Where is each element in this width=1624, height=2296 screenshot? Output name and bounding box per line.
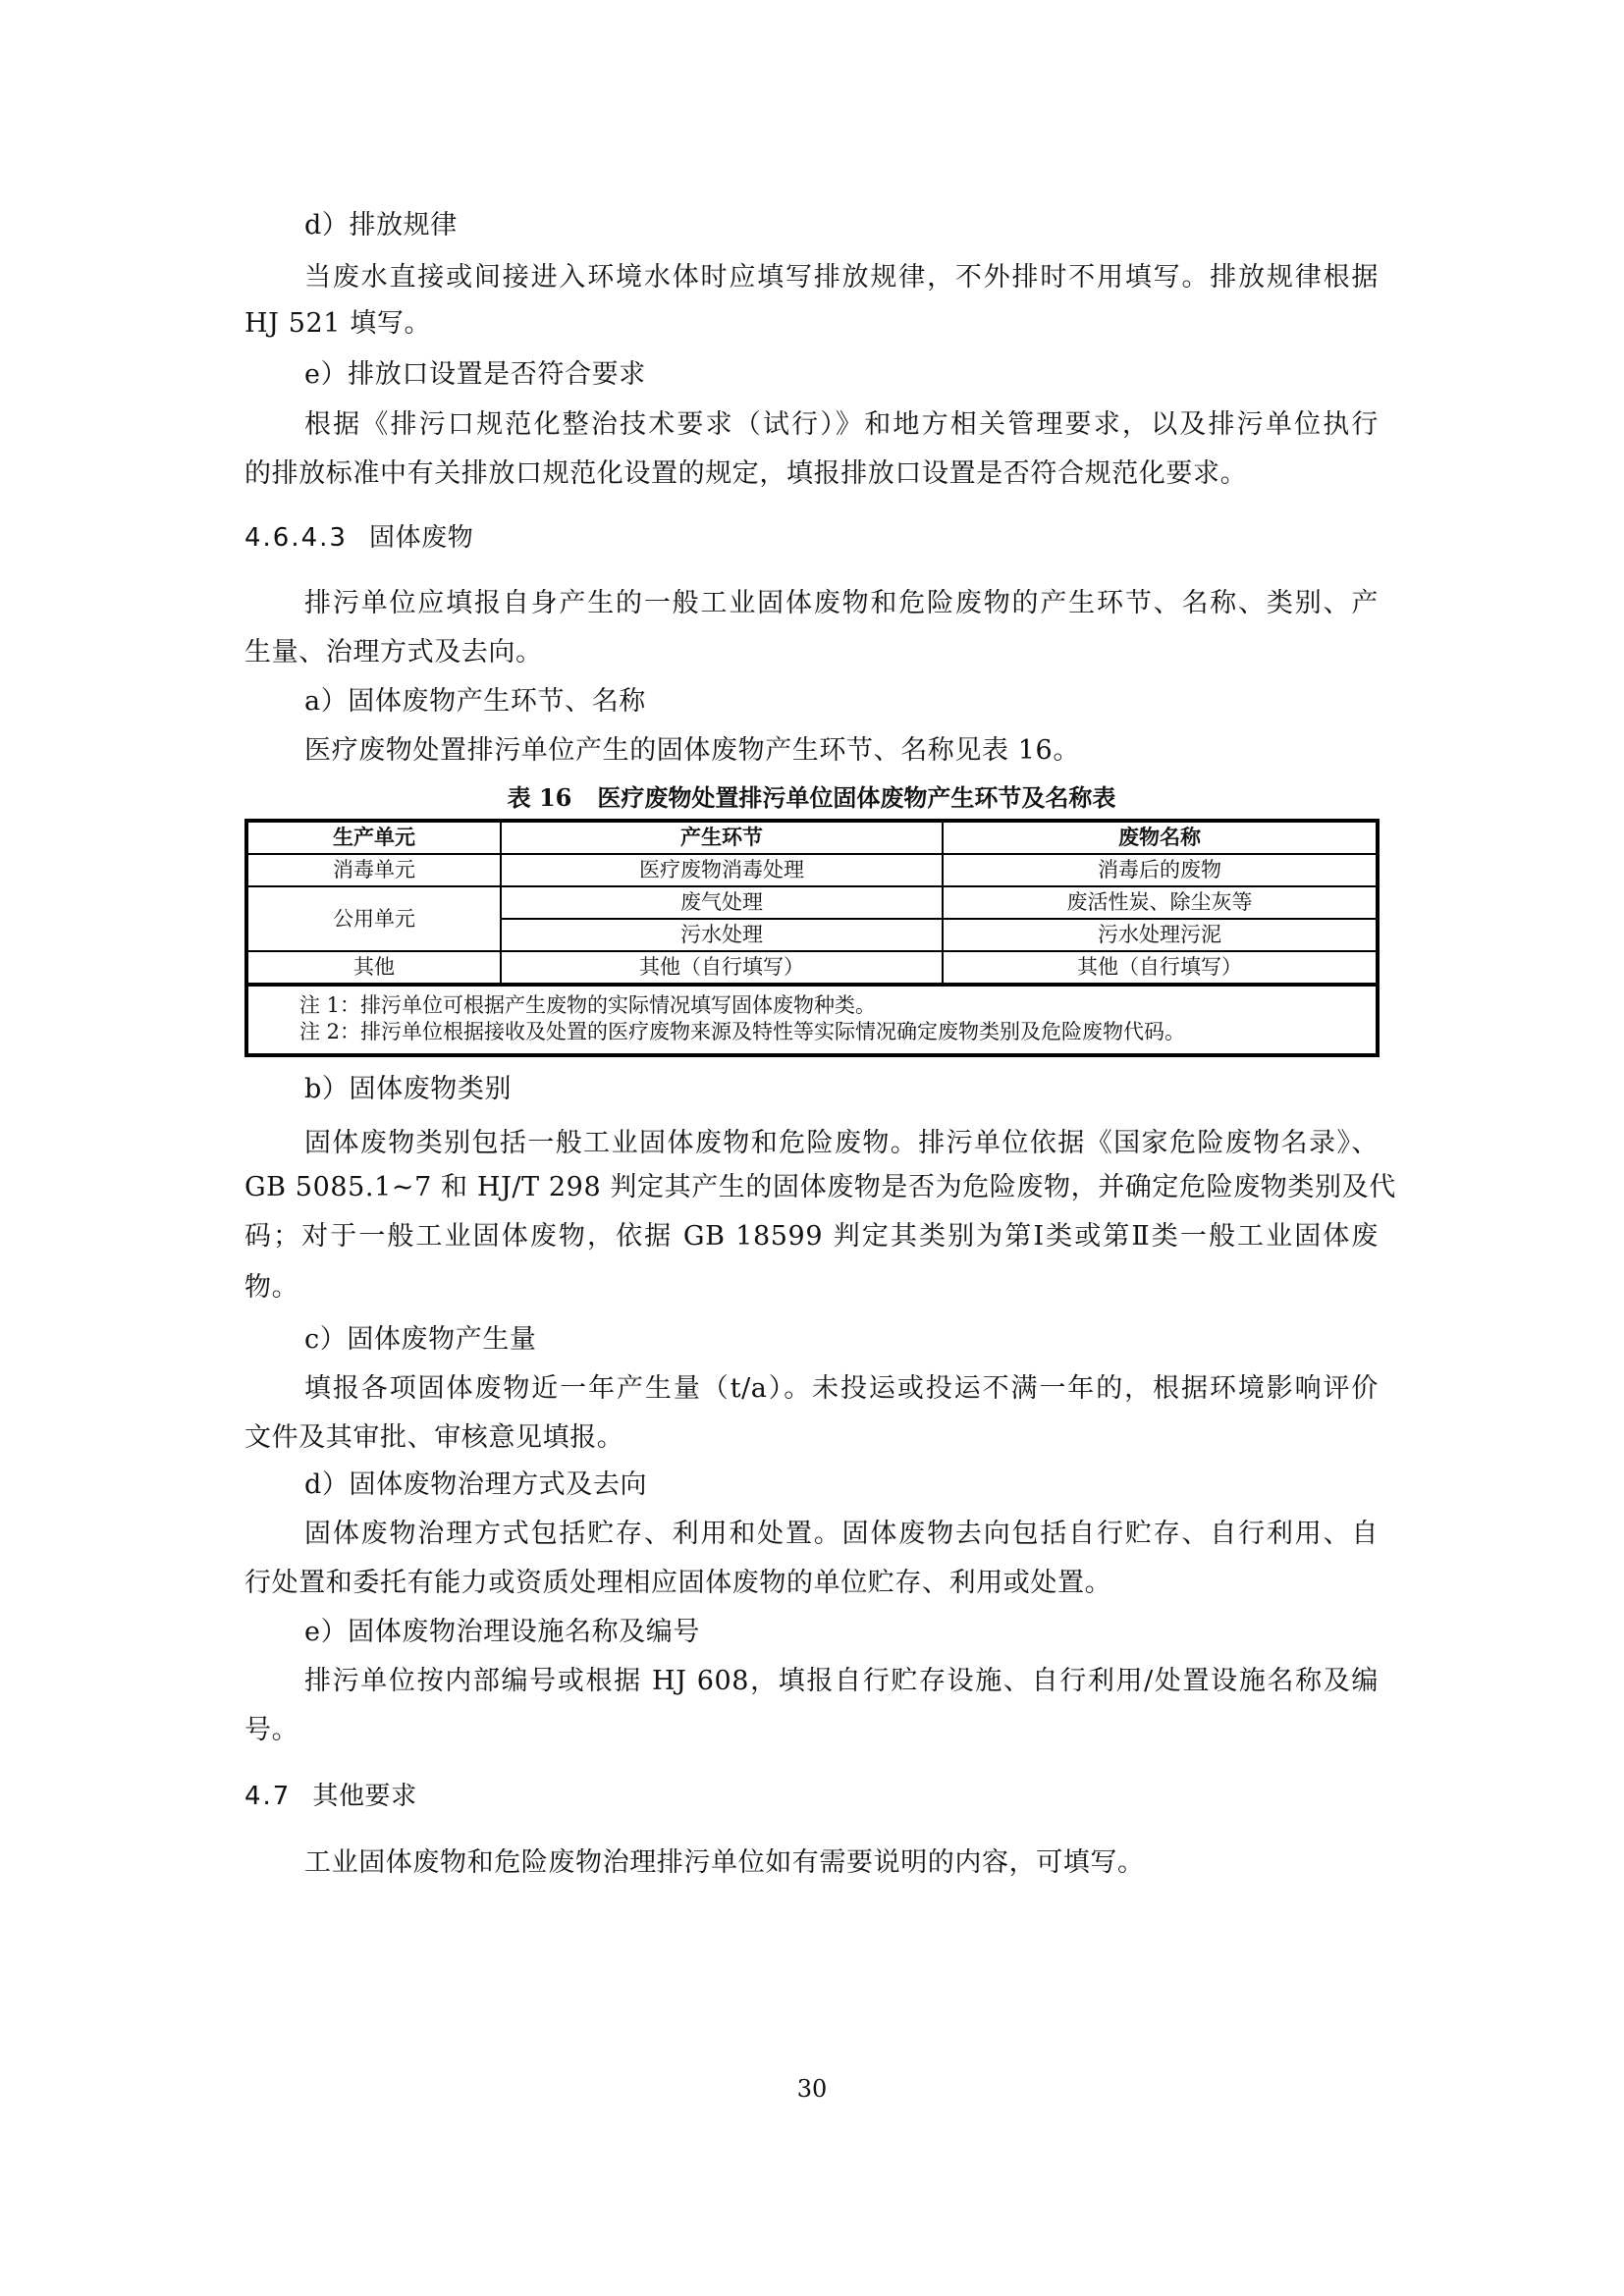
table-cell: 公用单元 [246, 886, 501, 951]
item-label-treatment-destination: d）固体废物治理方式及去向 [304, 1468, 1379, 1502]
item-label-generation-amount: c）固体废物产生量 [304, 1323, 1379, 1357]
table-cell: 其他（自行填写） [943, 951, 1378, 985]
paragraph-line: 物。 [244, 1271, 1379, 1305]
item-label-waste-category: b）固体废物类别 [304, 1073, 1379, 1106]
table-note: 注 2：排污单位根据接收及处置的医疗废物来源及特性等实际情况确定废物类别及危险废… [299, 1019, 1376, 1045]
paragraph-line: 当废水直接或间接进入环境水体时应填写排放规律，不外排时不用填写。排放规律根据 [304, 261, 1379, 294]
table-cell: 其他 [246, 951, 501, 985]
item-label-outlet-compliance: e）排放口设置是否符合要求 [304, 358, 1379, 392]
paragraph-line: 排污单位应填报自身产生的一般工业固体废物和危险废物的产生环节、名称、类别、产 [304, 587, 1379, 620]
paragraph-line: 行处置和委托有能力或资质处理相应固体废物的单位贮存、利用或处置。 [244, 1567, 1379, 1600]
table-cell: 废活性炭、除尘灰等 [943, 886, 1378, 919]
section-title: 固体废物 [369, 523, 473, 553]
table-16: 生产单元 产生环节 废物名称 消毒单元 医疗废物消毒处理 消毒后的废物 公用单元… [244, 819, 1380, 1057]
table-notes-row: 注 1：排污单位可根据产生废物的实际情况填写固体废物种类。 注 2：排污单位根据… [246, 985, 1378, 1055]
paragraph-line: 生量、治理方式及去向。 [244, 636, 1379, 669]
section-title: 其他要求 [312, 1782, 416, 1811]
item-label-facility-name: e）固体废物治理设施名称及编号 [304, 1616, 1379, 1649]
paragraph-line: 码；对于一般工业固体废物，依据 GB 18599 判定其类别为第Ⅰ类或第Ⅱ类一般… [244, 1220, 1379, 1254]
column-header: 生产单元 [246, 821, 501, 854]
table-number: 表 16 [508, 783, 572, 812]
paragraph-line: GB 5085.1~7 和 HJ/T 298 判定其产生的固体废物是否为危险废物… [244, 1171, 1379, 1204]
table-row: 消毒单元 医疗废物消毒处理 消毒后的废物 [246, 854, 1378, 886]
paragraph-line: 排污单位按内部编号或根据 HJ 608，填报自行贮存设施、自行利用/处置设施名称… [304, 1665, 1379, 1698]
section-heading-4-6-4-3: 4.6.4.3固体废物 [244, 521, 1379, 555]
paragraph-line: 号。 [244, 1714, 1379, 1747]
table-cell: 污水处理 [501, 919, 943, 951]
table-cell: 污水处理污泥 [943, 919, 1378, 951]
paragraph-line: HJ 521 填写。 [244, 307, 1379, 341]
item-label-generation-stage: a）固体废物产生环节、名称 [304, 685, 1379, 719]
paragraph-line: 固体废物治理方式包括贮存、利用和处置。固体废物去向包括自行贮存、自行利用、自 [304, 1518, 1379, 1551]
table-header-row: 生产单元 产生环节 废物名称 [246, 821, 1378, 854]
table-title: 医疗废物处置排污单位固体废物产生环节及名称表 [597, 784, 1115, 812]
paragraph-line: 工业固体废物和危险废物治理排污单位如有需要说明的内容，可填写。 [304, 1846, 1379, 1880]
table-row: 其他 其他（自行填写） 其他（自行填写） [246, 951, 1378, 985]
page-number: 30 [0, 2075, 1624, 2103]
table-notes: 注 1：排污单位可根据产生废物的实际情况填写固体废物种类。 注 2：排污单位根据… [246, 985, 1378, 1055]
paragraph-line: 固体废物类别包括一般工业固体废物和危险废物。排污单位依据《国家危险废物名录》、 [304, 1127, 1379, 1160]
item-label-discharge-pattern: d）排放规律 [304, 209, 1379, 242]
table-note: 注 1：排污单位可根据产生废物的实际情况填写固体废物种类。 [299, 992, 1376, 1019]
table-caption: 表 16医疗废物处置排污单位固体废物产生环节及名称表 [244, 782, 1379, 814]
table-cell: 消毒单元 [246, 854, 501, 886]
column-header: 产生环节 [501, 821, 943, 854]
table-cell: 消毒后的废物 [943, 854, 1378, 886]
section-number: 4.7 [244, 1780, 291, 1813]
section-heading-4-7: 4.7其他要求 [244, 1780, 1379, 1813]
column-header: 废物名称 [943, 821, 1378, 854]
table-cell: 医疗废物消毒处理 [501, 854, 943, 886]
table-row: 公用单元 废气处理 废活性炭、除尘灰等 [246, 886, 1378, 919]
paragraph-line: 的排放标准中有关排放口规范化设置的规定，填报排放口设置是否符合规范化要求。 [244, 457, 1379, 491]
paragraph-line: 根据《排污口规范化整治技术要求（试行）》和地方相关管理要求，以及排污单位执行 [304, 408, 1379, 442]
paragraph-line: 填报各项固体废物近一年产生量（t/a）。未投运或投运不满一年的，根据环境影响评价 [304, 1372, 1379, 1406]
table-cell: 废气处理 [501, 886, 943, 919]
paragraph-line: 医疗废物处置排污单位产生的固体废物产生环节、名称见表 16。 [304, 734, 1379, 768]
paragraph-line: 文件及其审批、审核意见填报。 [244, 1421, 1379, 1455]
section-number: 4.6.4.3 [244, 521, 348, 555]
table-cell: 其他（自行填写） [501, 951, 943, 985]
